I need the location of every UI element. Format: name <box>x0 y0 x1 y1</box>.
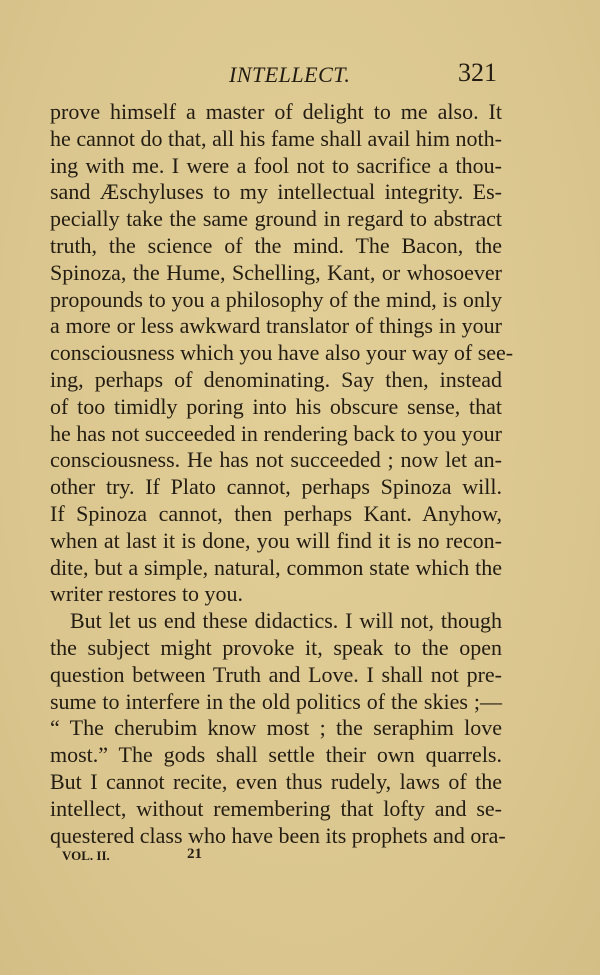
text-line: writer restores to you. <box>50 581 502 608</box>
paragraph-1: prove himself a master of delight to me … <box>50 99 502 608</box>
text-line: sume to interfere in the old politics of… <box>50 689 502 716</box>
text-line: truth, the science of the mind. The Baco… <box>50 233 502 260</box>
text-line: But I cannot recite, even thus rudely, l… <box>50 769 502 796</box>
text-line: when at last it is done, you will find i… <box>50 528 502 555</box>
running-title: INTELLECT. <box>229 62 350 88</box>
page-number: 321 <box>458 58 497 88</box>
text-line: he cannot do that, all his fame shall av… <box>50 126 502 153</box>
text-line: intellect, without remembering that loft… <box>50 796 502 823</box>
text-line: sand Æschyluses to my intellectual integ… <box>50 179 502 206</box>
book-page: INTELLECT. 321 prove himself a master of… <box>0 0 600 975</box>
text-line: Spinoza, the Hume, Schelling, Kant, or w… <box>50 260 502 287</box>
text-line: If Spinoza cannot, then perhaps Kant. An… <box>50 501 502 528</box>
text-line: dite, but a simple, natural, common stat… <box>50 555 502 582</box>
text-line: propounds to you a philosophy of the min… <box>50 287 502 314</box>
text-line: ing, perhaps of denominating. Say then, … <box>50 367 502 394</box>
text-line: other try. If Plato cannot, perhaps Spin… <box>50 474 502 501</box>
text-line: he has not succeeded in rendering back t… <box>50 421 502 448</box>
text-line: the subject might provoke it, speak to t… <box>50 635 502 662</box>
volume-signature: VOL. II. <box>62 848 110 864</box>
page-footer: VOL. II. 21 <box>0 848 600 868</box>
paragraph-2: But let us end these didactics. I will n… <box>50 608 502 849</box>
text-line: of too timidly poring into his obscure s… <box>50 394 502 421</box>
text-line: “ The cherubim know most ; the seraphim … <box>50 715 502 742</box>
text-line: pecially take the same ground in regard … <box>50 206 502 233</box>
text-line: prove himself a master of delight to me … <box>50 99 502 126</box>
text-line: most.” The gods shall settle their own q… <box>50 742 502 769</box>
running-head: INTELLECT. 321 <box>0 58 600 94</box>
text-line: consciousness which you have also your w… <box>50 340 502 367</box>
text-line: question between Truth and Love. I shall… <box>50 662 502 689</box>
text-line: questered class who have been its prophe… <box>50 823 502 850</box>
signature-number: 21 <box>187 846 202 863</box>
body-text: prove himself a master of delight to me … <box>50 99 502 849</box>
text-line: But let us end these didactics. I will n… <box>50 608 502 635</box>
text-line: a more or less awkward translator of thi… <box>50 313 502 340</box>
text-line: ing with me. I were a fool not to sacrif… <box>50 153 502 180</box>
text-line: consciousness. He has not succeeded ; no… <box>50 447 502 474</box>
